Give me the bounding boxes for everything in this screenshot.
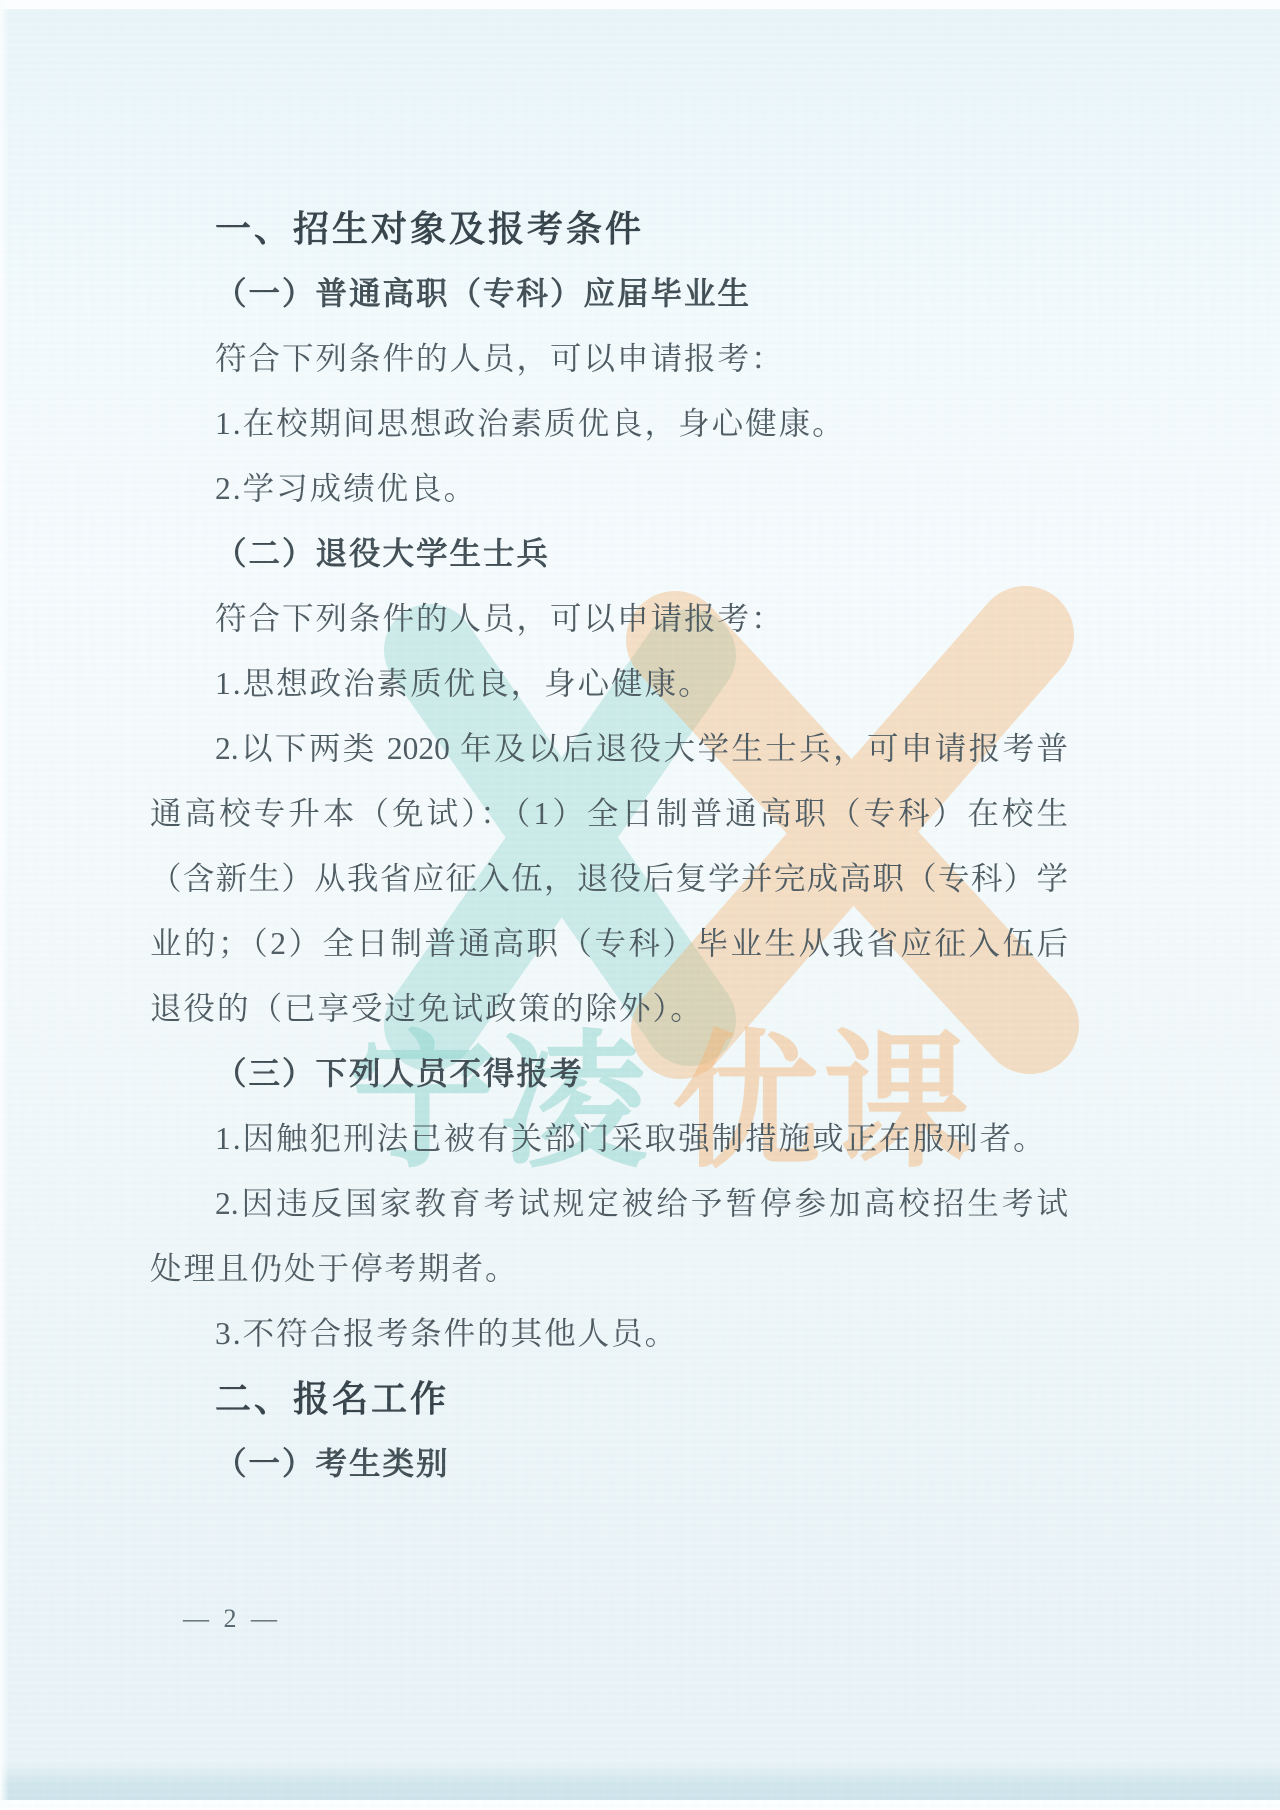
text-line: 2.以下两类 2020 年及以后退役大学生士兵，可申请报考普: [150, 716, 1068, 781]
text-line: 1.因触犯刑法已被有关部门采取强制措施或正在服刑者。: [150, 1106, 1068, 1171]
text-line: （三）下列人员不得报考: [150, 1041, 1068, 1106]
text-line: 退役的（已享受过免试政策的除外）。: [150, 976, 1068, 1041]
text-line: 1.在校期间思想政治素质优良，身心健康。: [150, 391, 1068, 456]
text-line: （一）考生类别: [150, 1431, 1068, 1496]
document-page: 宁凌优课 一、招生对象及报考条件 （一）普通高职（专科）应届毕业生 符合下列条件…: [0, 0, 1280, 1810]
scan-top-edge: [0, 0, 1280, 9]
text-line: （一）普通高职（专科）应届毕业生: [150, 261, 1068, 326]
text-line: 2.学习成绩优良。: [150, 456, 1068, 521]
scan-bottom-edge: [0, 1800, 1280, 1810]
text-line: 二、报名工作: [150, 1366, 1068, 1431]
text-line: （二）退役大学生士兵: [150, 521, 1068, 586]
document-body: 一、招生对象及报考条件 （一）普通高职（专科）应届毕业生 符合下列条件的人员，可…: [150, 196, 1068, 1496]
text-line: 符合下列条件的人员，可以申请报考：: [150, 586, 1068, 651]
text-line: 处理且仍处于停考期者。: [150, 1236, 1068, 1301]
text-line: （含新生）从我省应征入伍，退役后复学并完成高职（专科）学: [150, 846, 1068, 911]
text-line: 3.不符合报考条件的其他人员。: [150, 1301, 1068, 1366]
text-line: 2.因违反国家教育考试规定被给予暂停参加高校招生考试: [150, 1171, 1068, 1236]
page-number: — 2 —: [183, 1604, 281, 1634]
scan-left-edge: [0, 0, 9, 1810]
text-line: 一、招生对象及报考条件: [150, 196, 1068, 261]
text-line: 业的；（2）全日制普通高职（专科）毕业生从我省应征入伍后: [150, 911, 1068, 976]
scan-bottom-band: [0, 1762, 1280, 1802]
text-line: 1.思想政治素质优良，身心健康。: [150, 651, 1068, 716]
text-line: 符合下列条件的人员，可以申请报考：: [150, 326, 1068, 391]
text-line: 通高校专升本（免试）：（1）全日制普通高职（专科）在校生: [150, 781, 1068, 846]
